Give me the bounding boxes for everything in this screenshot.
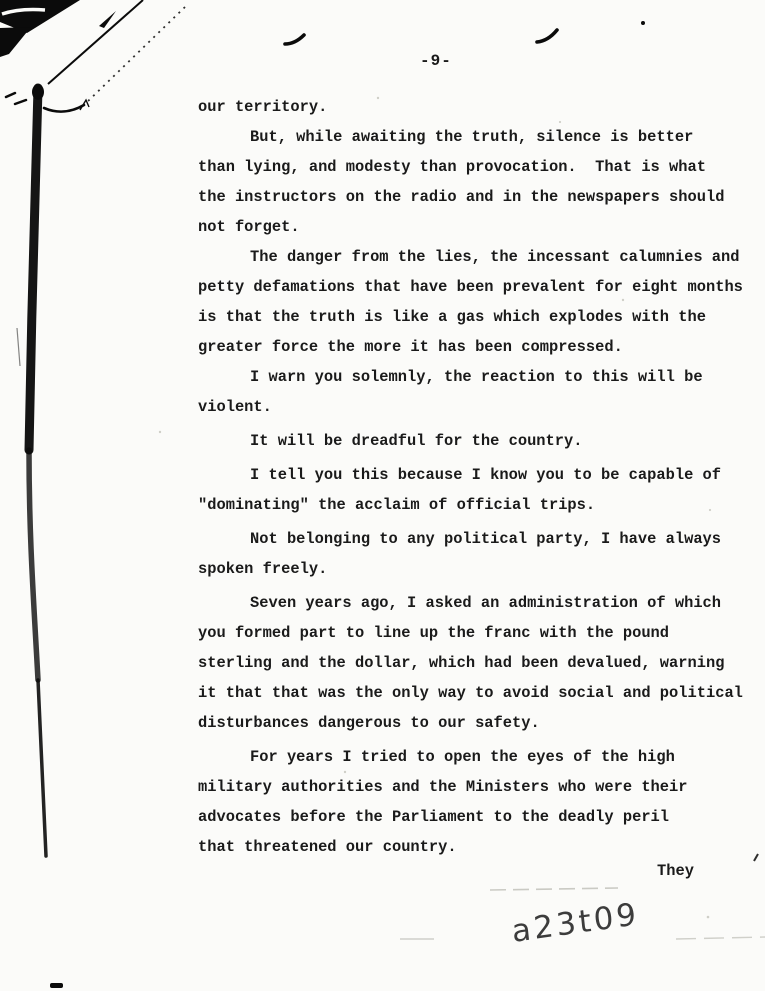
text-line: sterling and the dollar, which had been …	[198, 648, 758, 678]
text-line: than lying, and modesty than provocation…	[198, 152, 758, 182]
text-line: For years I tried to open the eyes of th…	[198, 742, 758, 772]
text-line: It will be dreadful for the country.	[198, 426, 758, 456]
vertical-bar-cap	[32, 84, 44, 100]
text-line: violent.	[198, 392, 758, 422]
text-line: petty defamations that have been prevale…	[198, 272, 758, 302]
text-line: not forget.	[198, 212, 758, 242]
ink-dot-top-right	[641, 21, 645, 25]
text-line: is that the truth is like a gas which ex…	[198, 302, 758, 332]
paper-speck	[707, 916, 710, 919]
text-line: But, while awaiting the truth, silence i…	[198, 122, 758, 152]
corner-blotch-artifact	[0, 0, 80, 33]
text-line: spoken freely.	[198, 554, 758, 584]
text-line: I tell you this because I know you to be…	[198, 460, 758, 490]
hook-curve-artifact	[44, 105, 84, 112]
check-mark-right-icon	[537, 30, 557, 42]
text-line: advocates before the Parliament to the d…	[198, 802, 758, 832]
text-line: Not belonging to any political party, I …	[198, 524, 758, 554]
hook-flick-artifact	[80, 100, 89, 110]
text-line: Seven years ago, I asked an administrati…	[198, 588, 758, 618]
text-line: disturbances dangerous to our safety.	[198, 708, 758, 738]
bottom-dash-artifact	[50, 983, 63, 988]
vertical-bar-artifact-top	[29, 88, 38, 450]
text-line: it that that was the only way to avoid s…	[198, 678, 758, 708]
text-line: our territory.	[198, 92, 758, 122]
document-page: -9- our territory.But, while awaiting th…	[0, 0, 765, 991]
text-line: greater force the more it has been compr…	[198, 332, 758, 362]
text-line: "dominating" the acclaim of official tri…	[198, 490, 758, 520]
arrowhead-mark	[99, 11, 116, 28]
check-mark-left-icon	[285, 35, 304, 44]
text-line: the instructors on the radio and in the …	[198, 182, 758, 212]
handwritten-note: a23t09	[510, 896, 641, 950]
scratch-mark-3	[17, 328, 20, 366]
page-number: -9-	[420, 52, 452, 70]
dotted-diagonal-artifact	[85, 7, 185, 104]
letter-body: our territory.But, while awaiting the tr…	[198, 92, 758, 862]
scratch-mark-1	[6, 93, 15, 97]
text-line: military authorities and the Ministers w…	[198, 772, 758, 802]
diagonal-line-artifact	[48, 0, 143, 84]
vertical-bar-artifact-bottom	[38, 680, 46, 856]
carryover-word: They	[657, 856, 694, 886]
corner-blotch-slit	[2, 10, 45, 15]
paper-speck	[159, 431, 161, 433]
faint-line-1	[490, 888, 618, 890]
text-line: you formed part to line up the franc wit…	[198, 618, 758, 648]
faint-line-3	[676, 937, 765, 939]
corner-wedge-artifact	[0, 27, 31, 57]
text-line: The danger from the lies, the incessant …	[198, 242, 758, 272]
text-line: I warn you solemnly, the reaction to thi…	[198, 362, 758, 392]
vertical-bar-artifact-mid	[29, 450, 38, 680]
scratch-mark-2	[15, 100, 26, 104]
